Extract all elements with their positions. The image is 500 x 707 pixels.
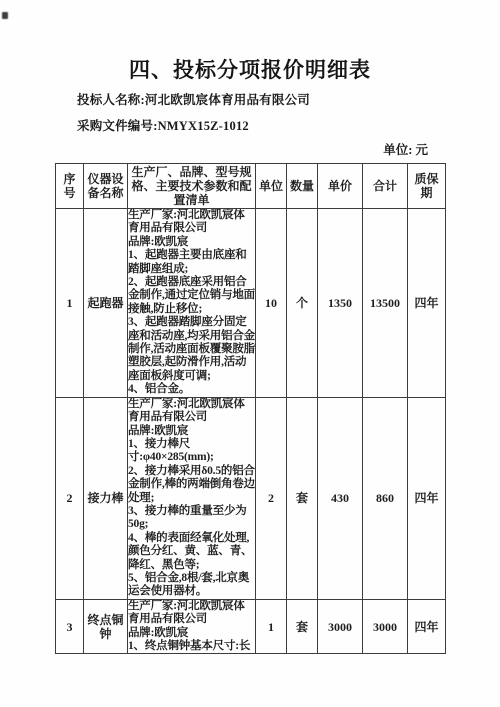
cell-spec: 生产厂家:河北欧凯宸体育用品有限公司品牌:欧凯宸1、接力棒尺寸:φ40×285(… xyxy=(128,397,256,599)
cell-unit-price: 1350 xyxy=(318,209,363,398)
cell-total: 860 xyxy=(363,397,408,599)
col-header-serial: 序号 xyxy=(56,164,84,209)
cell-equipment-name: 起跑器 xyxy=(84,209,128,398)
bidder-name-line: 投标人名称:河北欧凯宸体育用品有限公司 xyxy=(77,90,310,108)
cell-spec: 生产厂家:河北欧凯宸体育用品有限公司品牌:欧凯宸1、终点铜钟基本尺寸:长 xyxy=(128,599,256,654)
cell-serial: 2 xyxy=(56,397,84,599)
cell-quantity: 套 xyxy=(287,397,318,599)
col-header-quantity: 数量 xyxy=(287,164,318,209)
cell-total: 3000 xyxy=(363,599,408,654)
table-header-row: 序号 仪器设备名称 生产厂、品牌、型号规格、主要技术参数和配置清单 单位 数量 … xyxy=(56,164,446,209)
cell-warranty: 四年 xyxy=(408,397,446,599)
cell-spec: 生产厂家:河北欧凯宸体育用品有限公司品牌:欧凯宸1、起跑器主要由底座和踏脚座组成… xyxy=(128,209,256,398)
table-row: 3 终点铜钟 生产厂家:河北欧凯宸体育用品有限公司品牌:欧凯宸1、终点铜钟基本尺… xyxy=(56,599,446,654)
cell-unit-price: 430 xyxy=(318,397,363,599)
cell-unit-price: 3000 xyxy=(318,599,363,654)
cell-total: 13500 xyxy=(363,209,408,398)
table-row: 1 起跑器 生产厂家:河北欧凯宸体育用品有限公司品牌:欧凯宸1、起跑器主要由底座… xyxy=(56,209,446,398)
cell-quantity: 个 xyxy=(287,209,318,398)
procurement-doc-number-line: 采购文件编号:NMYX15Z-1012 xyxy=(77,116,249,134)
col-header-spec: 生产厂、品牌、型号规格、主要技术参数和配置清单 xyxy=(128,164,256,209)
cell-serial: 3 xyxy=(56,599,84,654)
cell-equipment-name: 终点铜钟 xyxy=(84,599,128,654)
cell-equipment-name: 接力棒 xyxy=(84,397,128,599)
quotation-table: 序号 仪器设备名称 生产厂、品牌、型号规格、主要技术参数和配置清单 单位 数量 … xyxy=(55,163,446,654)
document-page: 四、投标分项报价明细表 投标人名称:河北欧凯宸体育用品有限公司 采购文件编号:N… xyxy=(0,0,500,707)
page-title: 四、投标分项报价明细表 xyxy=(0,54,500,84)
cell-unit: 1 xyxy=(256,599,287,654)
cell-warranty: 四年 xyxy=(408,209,446,398)
cell-warranty: 四年 xyxy=(408,599,446,654)
scan-artifact-mark xyxy=(2,12,8,19)
col-header-unit-price: 单价 xyxy=(318,164,363,209)
cell-serial: 1 xyxy=(56,209,84,398)
currency-unit-note: 单位: 元 xyxy=(383,140,428,158)
cell-quantity: 套 xyxy=(287,599,318,654)
cell-unit: 10 xyxy=(256,209,287,398)
cell-unit: 2 xyxy=(256,397,287,599)
col-header-total: 合计 xyxy=(363,164,408,209)
col-header-unit: 单位 xyxy=(256,164,287,209)
table-row: 2 接力棒 生产厂家:河北欧凯宸体育用品有限公司品牌:欧凯宸1、接力棒尺寸:φ4… xyxy=(56,397,446,599)
col-header-equipment-name: 仪器设备名称 xyxy=(84,164,128,209)
col-header-warranty: 质保期 xyxy=(408,164,446,209)
